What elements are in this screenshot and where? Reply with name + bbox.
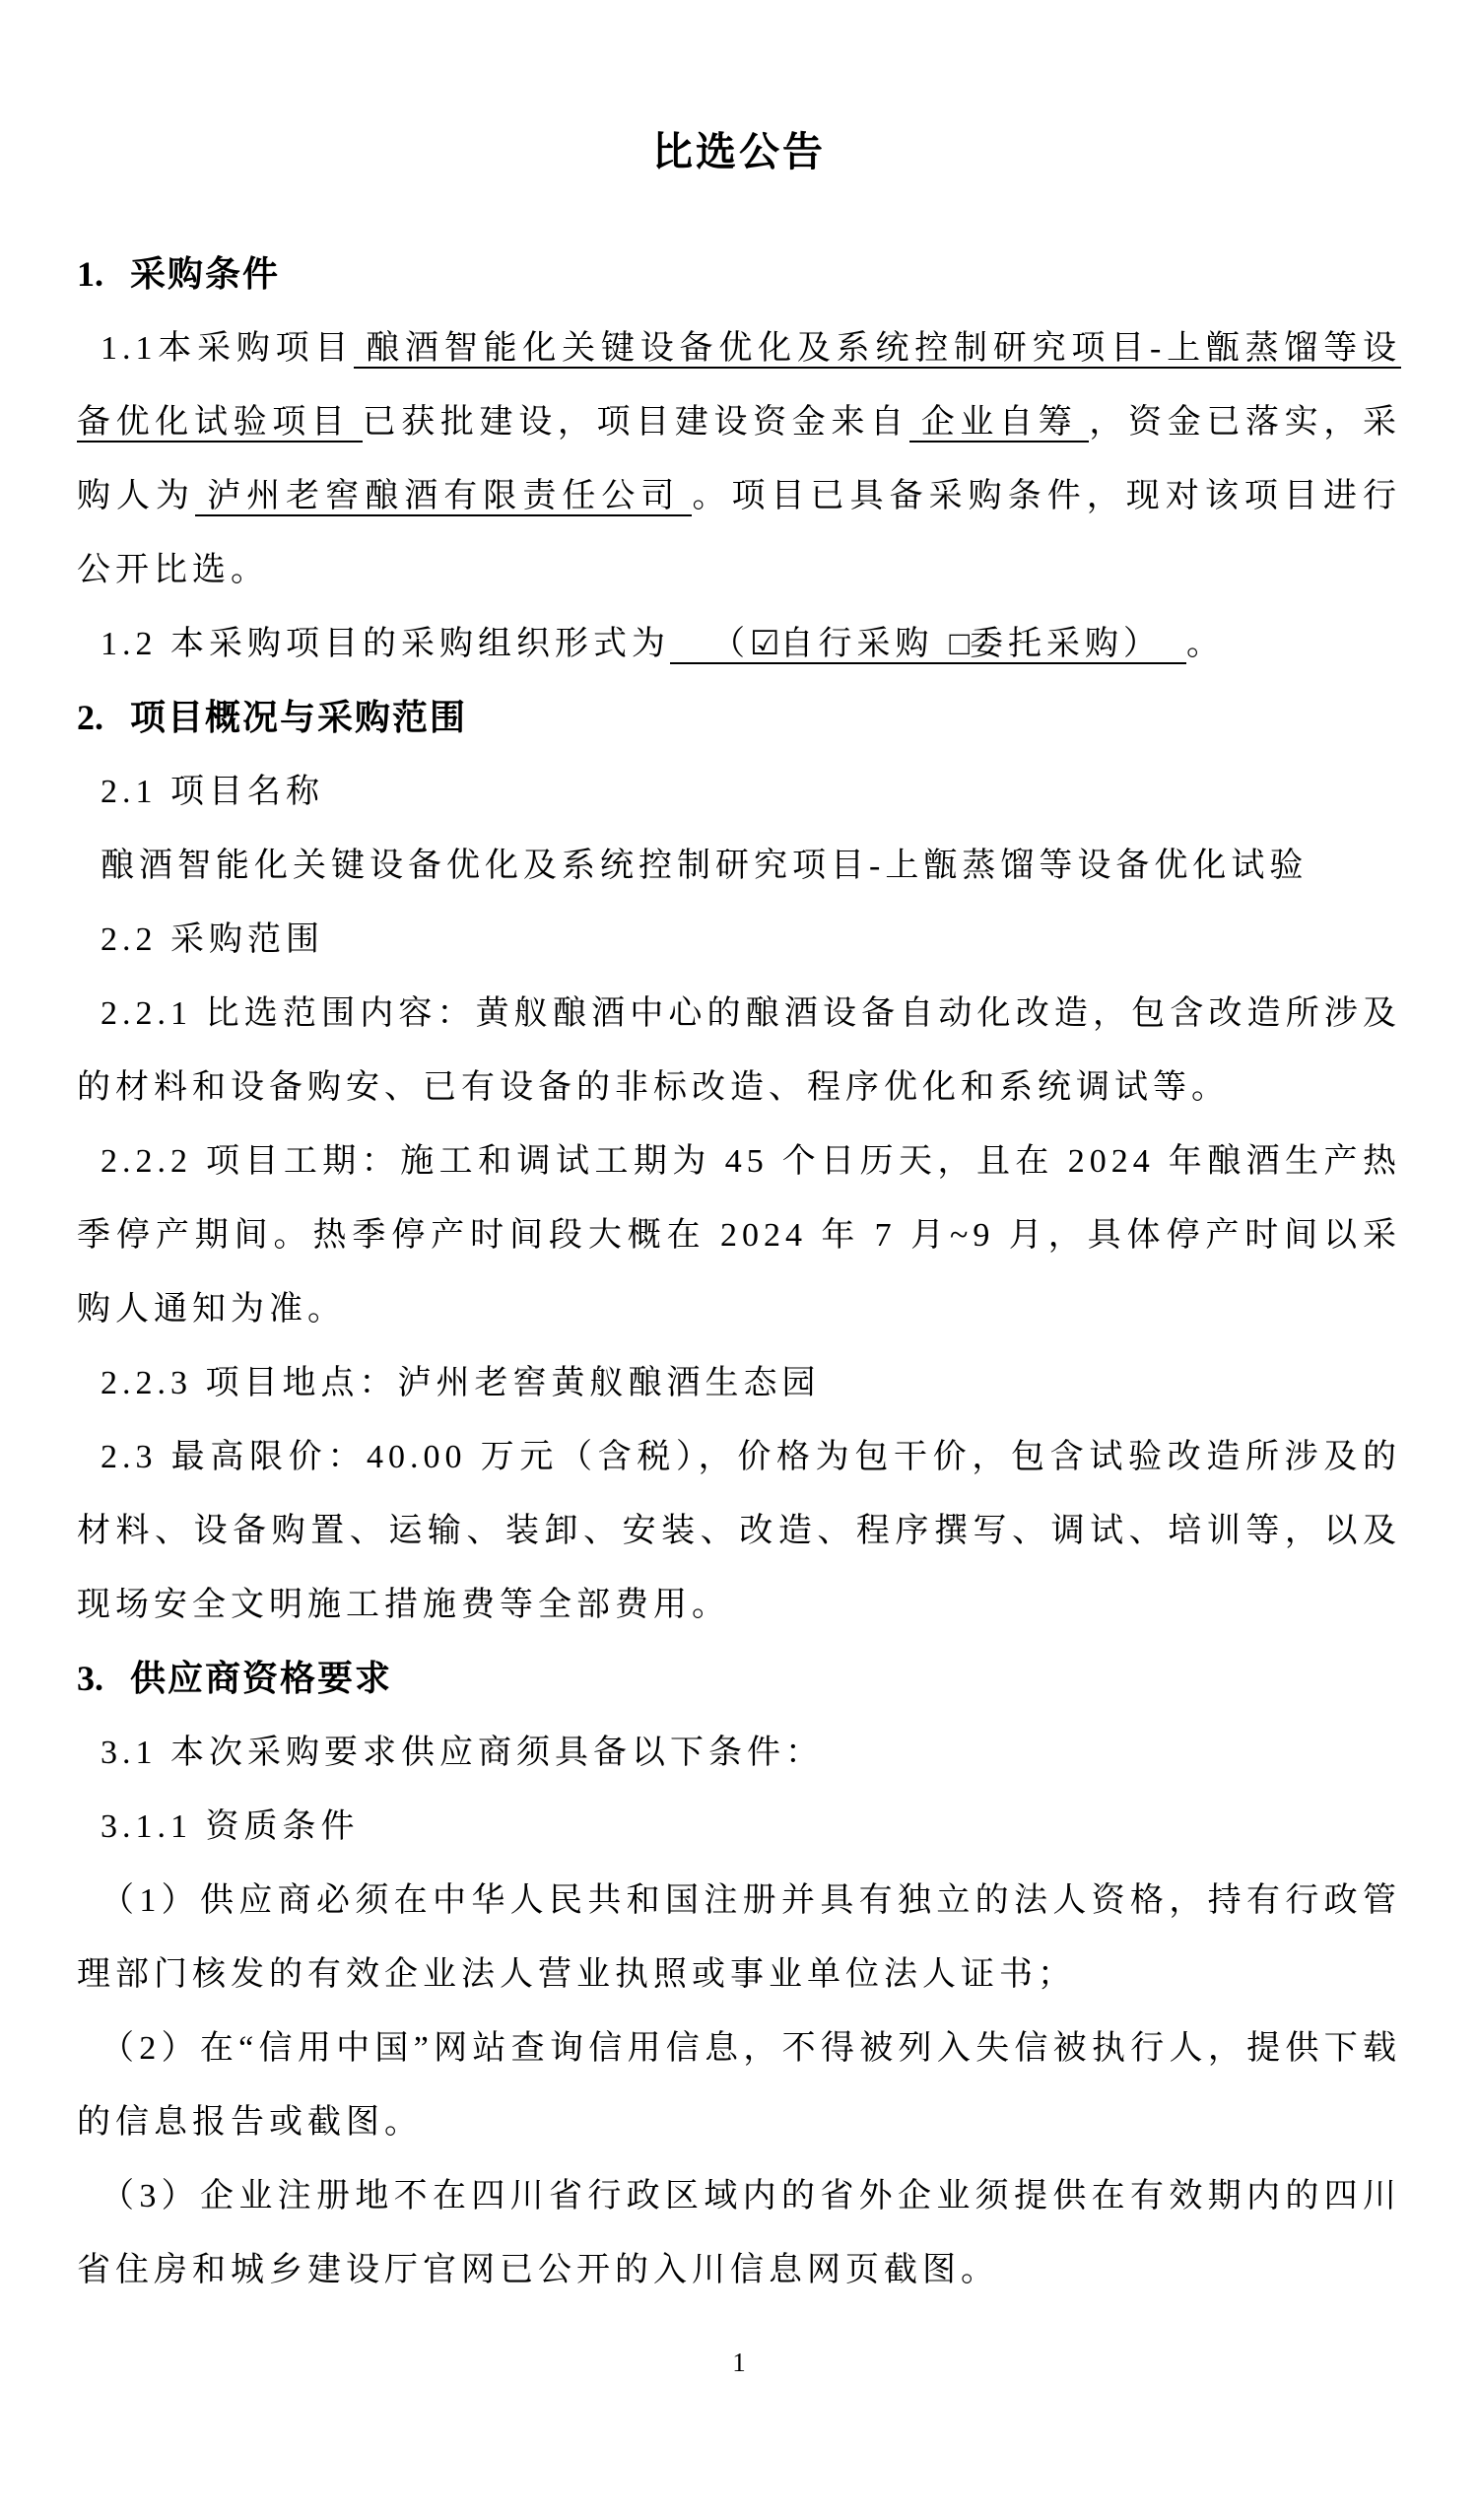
section-2-number: 2. — [77, 681, 130, 755]
paragraph-2-1-project-name: 酿酒智能化关键设备优化及系统控制研究项目-上甑蒸馏等设备优化试验 — [77, 829, 1401, 903]
p11-purchaser-blank: 泸州老窖酿酒有限责任公司 — [195, 478, 692, 516]
section-1-heading: 1.采购条件 — [77, 238, 1401, 311]
p12-lead: 1.2 本采购项目的采购组织形式为 — [101, 626, 670, 662]
paragraph-2-1: 2.1 项目名称 — [77, 755, 1401, 829]
paragraph-2-2-3: 2.2.3 项目地点：泸州老窖黄舣酿酒生态园 — [77, 1346, 1401, 1420]
paragraph-2-2-2: 2.2.2 项目工期：施工和调试工期为 45 个日历天，且在 2024 年酿酒生… — [77, 1124, 1401, 1346]
section-1-title: 采购条件 — [130, 254, 280, 294]
paragraph-qualification-1: （1）供应商必须在中华人民共和国注册并具有独立的法人资格，持有行政管理部门核发的… — [77, 1864, 1401, 2011]
document-title: 比选公告 — [77, 110, 1401, 193]
paragraph-2-2: 2.2 采购范围 — [77, 903, 1401, 977]
option-self-procurement-label: 自行采购 — [779, 626, 933, 662]
checked-checkbox-icon: ☑ — [750, 626, 779, 662]
paragraph-1-2: 1.2 本采购项目的采购组织形式为（☑自行采购□委托采购）。 — [77, 607, 1401, 681]
document-page: 比选公告 1.采购条件 1.1本采购项目酿酒智能化关键设备优化及系统控制研究项目… — [0, 0, 1478, 2520]
section-2-heading: 2.项目概况与采购范围 — [77, 681, 1401, 755]
paragraph-qualification-2: （2）在“信用中国”网站查询信用信息，不得被列入失信被执行人，提供下载的信息报告… — [77, 2011, 1401, 2159]
section-3-heading: 3.供应商资格要求 — [77, 1642, 1401, 1716]
p11-lead: 1.1本采购项目 — [101, 330, 354, 367]
page-number: 1 — [0, 2348, 1478, 2377]
paragraph-2-2-1: 2.2.1 比选范围内容：黄舣酿酒中心的酿酒设备自动化改造，包含改造所涉及的材料… — [77, 977, 1401, 1124]
p11-funding-source-blank: 企业自筹 — [909, 404, 1090, 443]
paragraph-qualification-3: （3）企业注册地不在四川省行政区域内的省外企业须提供在有效期内的四川省住房和城乡… — [77, 2159, 1401, 2307]
p11-mid1: 已获批建设，项目建设资金来自 — [363, 404, 909, 441]
paragraph-3-1: 3.1 本次采购要求供应商须具备以下条件： — [77, 1716, 1401, 1790]
option-entrusted-procurement-label: 委托采购 — [970, 626, 1123, 662]
close-paren: ） — [1123, 626, 1145, 662]
section-2-title: 项目概况与采购范围 — [130, 698, 467, 737]
paragraph-1-1: 1.1本采购项目酿酒智能化关键设备优化及系统控制研究项目-上甑蒸馏等设备优化试验… — [77, 311, 1401, 607]
p12-organization-blank: （☑自行采购□委托采购） — [670, 626, 1186, 664]
section-3-number: 3. — [77, 1642, 130, 1716]
document-content: 比选公告 1.采购条件 1.1本采购项目酿酒智能化关键设备优化及系统控制研究项目… — [0, 0, 1478, 2307]
section-1-number: 1. — [77, 238, 130, 311]
p12-tail: 。 — [1186, 626, 1225, 662]
paragraph-2-3: 2.3 最高限价：40.00 万元（含税），价格为包干价，包含试验改造所涉及的材… — [77, 1420, 1401, 1642]
unchecked-checkbox-icon: □ — [949, 626, 970, 662]
section-3-title: 供应商资格要求 — [130, 1659, 392, 1698]
paragraph-3-1-1: 3.1.1 资质条件 — [77, 1790, 1401, 1864]
open-paren: （ — [711, 626, 750, 662]
